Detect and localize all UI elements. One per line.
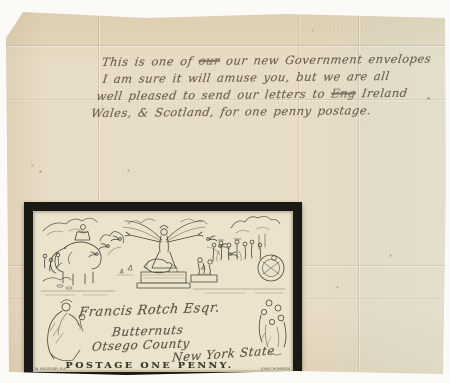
mulready-envelope: Francis Rotch Esqr. Butternuts Otsego Co… bbox=[24, 202, 302, 381]
engraver-credit: W. MULREADY, R.A. bbox=[35, 367, 67, 371]
scanned-letter-photo: This is one of our our new Government en… bbox=[0, 0, 450, 383]
fold-crease bbox=[6, 45, 446, 47]
postage-label: POSTAGE ONE PENNY. bbox=[66, 360, 234, 370]
handwriting-text: well pleased to send our letters to bbox=[96, 87, 332, 103]
paper-shading bbox=[6, 12, 446, 45]
handwriting-line: Wales, & Scotland, for one penny postage… bbox=[90, 102, 396, 122]
printer-credit: JOHN THOMPSON. bbox=[261, 367, 291, 371]
crossed-out-word: Eng bbox=[330, 86, 356, 100]
handwriting-text: our new Government envelopes bbox=[219, 52, 432, 68]
letter-handwriting: This is one of our our new Government en… bbox=[94, 51, 403, 122]
letter-paper: This is one of our our new Government en… bbox=[6, 12, 446, 376]
handwriting-text: I am sure it will amuse you, but we are … bbox=[102, 69, 391, 86]
crossed-out-word: our bbox=[198, 54, 221, 68]
foxing-specks bbox=[6, 12, 7, 13]
handwriting-text: This is one of bbox=[101, 54, 200, 69]
handwriting-text: Ireland bbox=[355, 86, 409, 101]
handwriting-text: Wales, & Scotland, for one penny postage… bbox=[90, 103, 372, 120]
